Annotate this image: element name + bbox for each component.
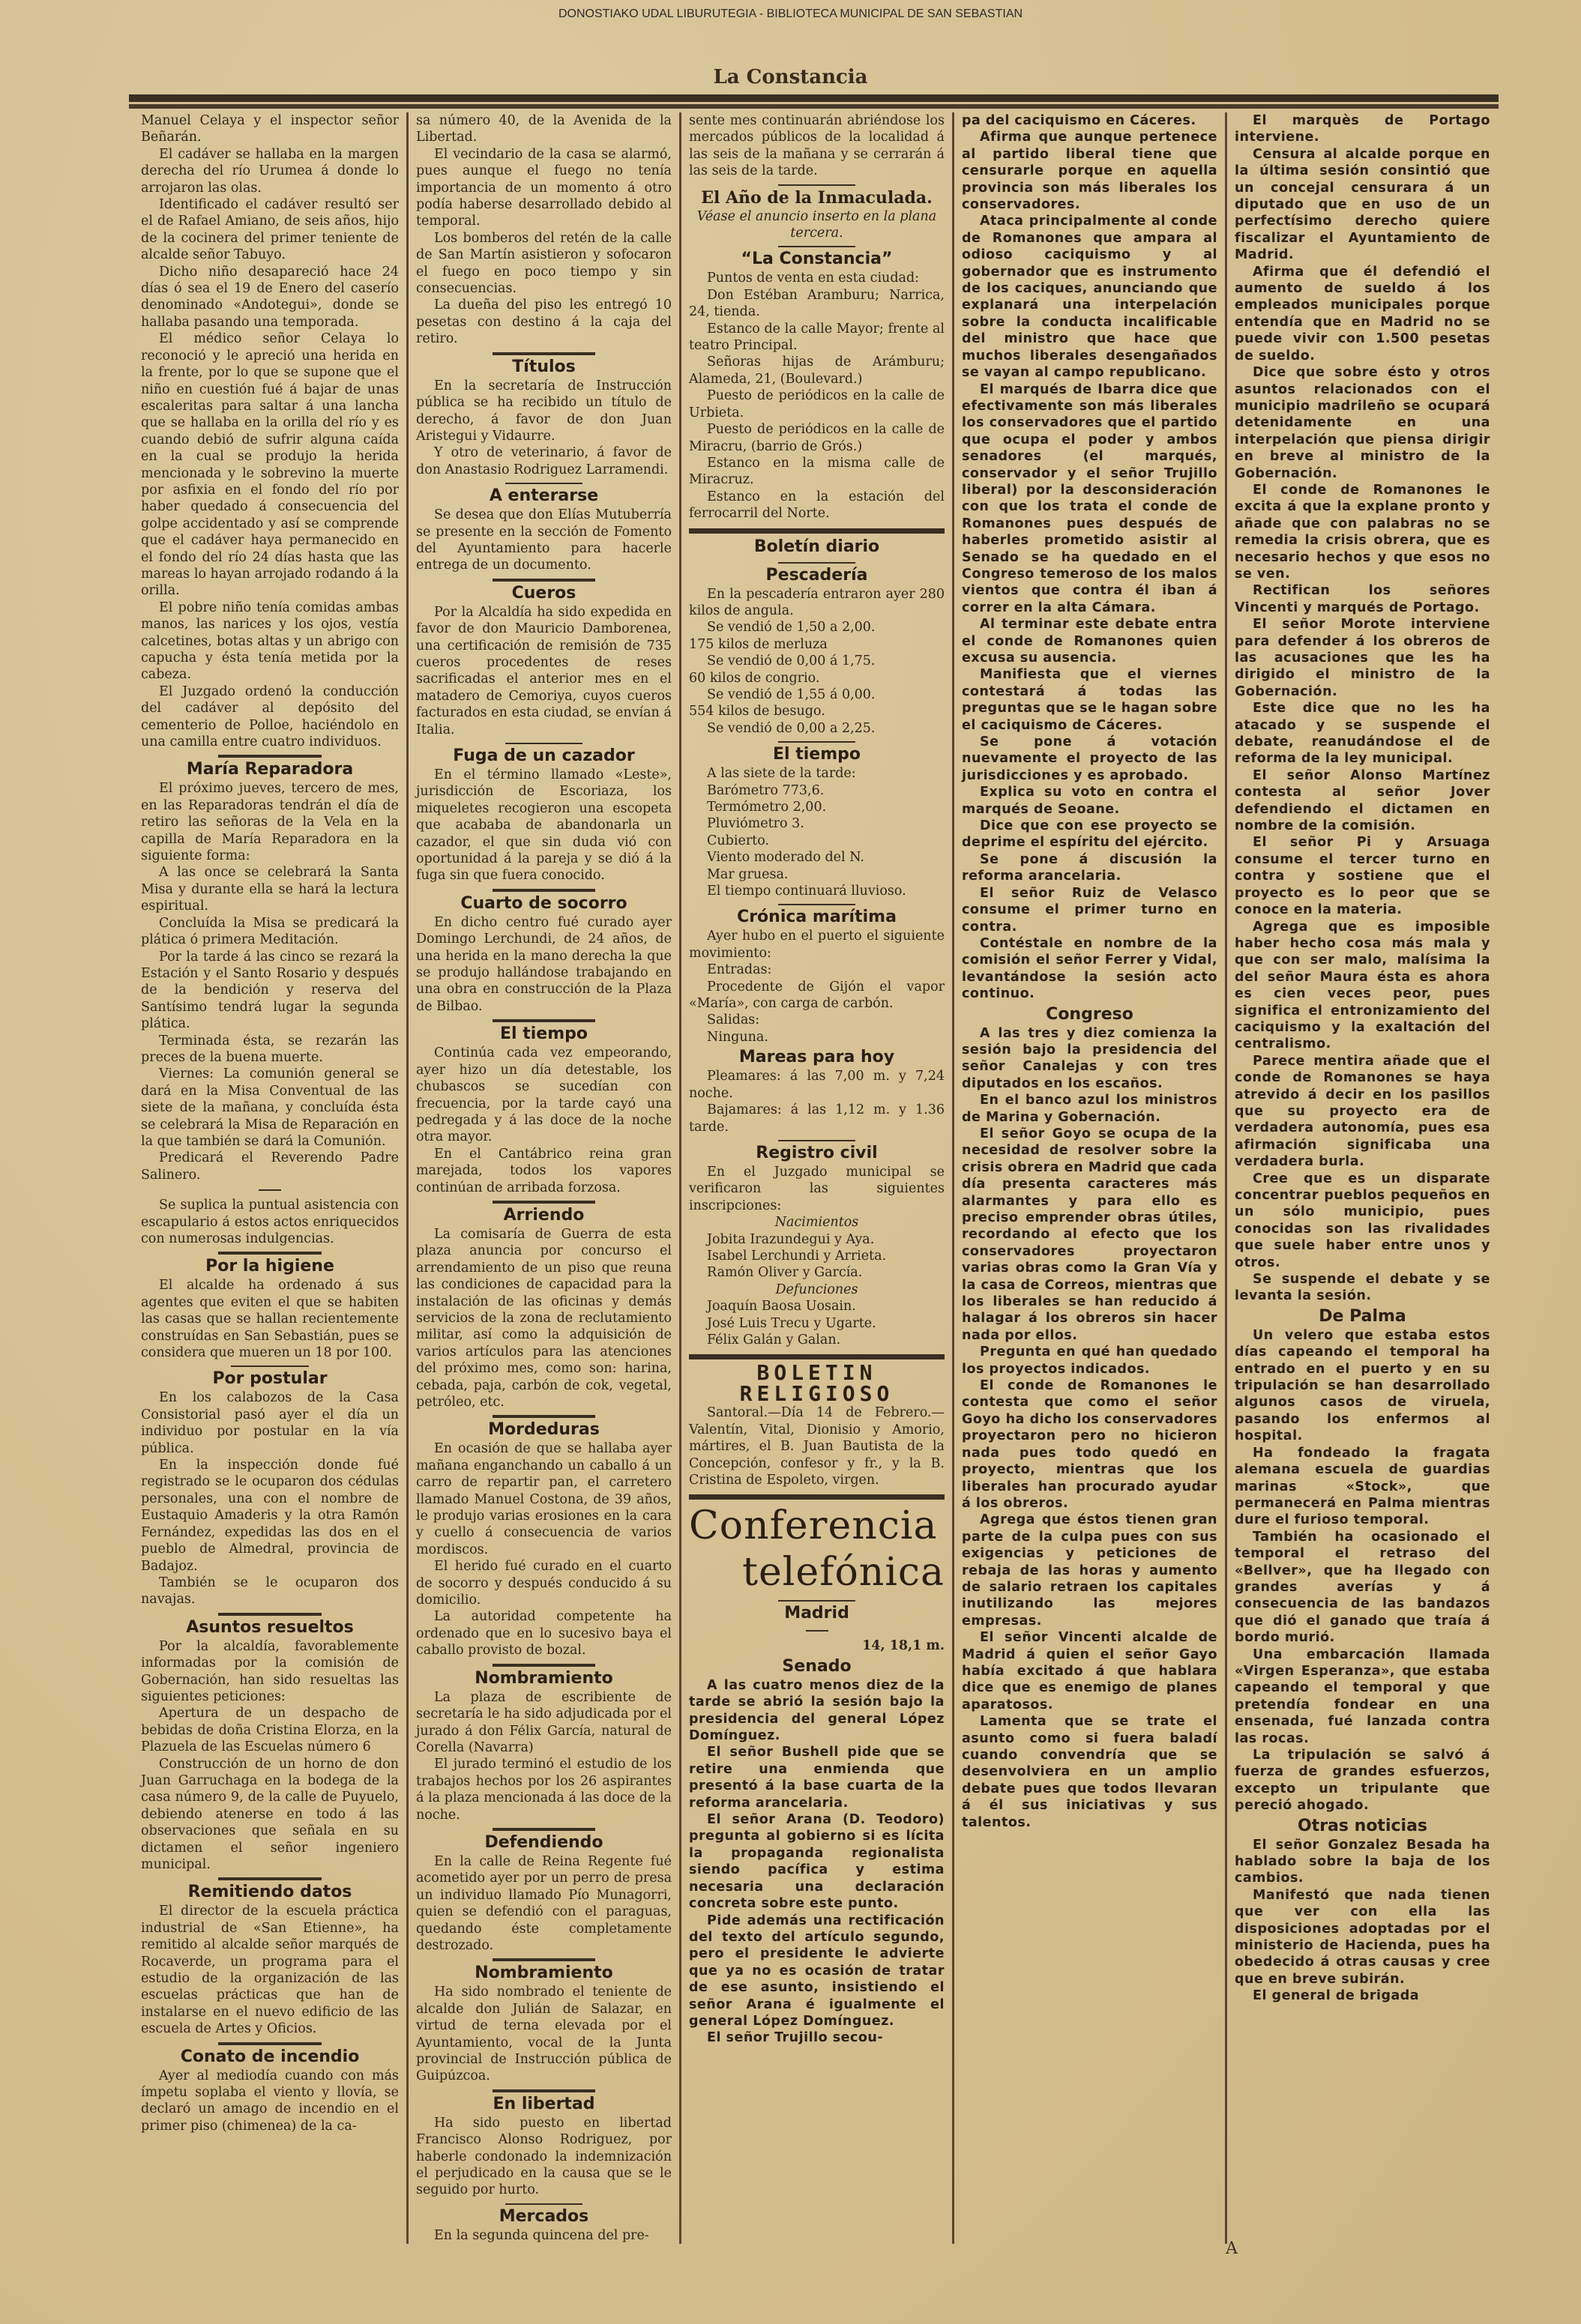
section-heading: Por postular bbox=[141, 1368, 399, 1389]
newspaper-columns: Manuel Celaya y el inspector señor Beñar… bbox=[133, 112, 1498, 2244]
paragraph: El señor Ruiz de Velasco consume el prim… bbox=[962, 885, 1217, 935]
paragraph: Rectifican los señores Vincenti y marqué… bbox=[1235, 582, 1490, 616]
section-divider bbox=[778, 562, 855, 564]
paragraph: El próximo jueves, tercero de mes, en la… bbox=[141, 780, 399, 864]
paragraph: Agrega que éstos tienen gran parte de la… bbox=[962, 1512, 1217, 1629]
death-entry: Félix Galán y Galan. bbox=[689, 1332, 945, 1348]
paragraph: Mar gruesa. bbox=[689, 866, 945, 883]
paragraph: Afirma que él defendió el aumento de sue… bbox=[1235, 264, 1490, 364]
paragraph: Bajamares: á las 1,12 m. y 1.36 tarde. bbox=[689, 1102, 945, 1135]
paragraph: Puesto de periódicos en la calle de Mira… bbox=[689, 421, 945, 455]
section-divider bbox=[505, 483, 582, 484]
paragraph: 175 kilos de merluza bbox=[689, 636, 945, 653]
paragraph: pa del caciquismo en Cáceres. bbox=[962, 112, 1217, 129]
paragraph: Al terminar este debate entra el conde d… bbox=[962, 616, 1217, 666]
paragraph: A las once se celebrará la Santa Misa y … bbox=[141, 864, 399, 914]
paragraph: El cadáver se hallaba en la margen derec… bbox=[141, 146, 399, 196]
paragraph: Se pone á votación nuevamente el proyect… bbox=[962, 734, 1217, 784]
paragraph: Construcción de un horno de don Juan Gar… bbox=[141, 1756, 399, 1874]
birth-entry: Jobita Irazundegui y Aya. bbox=[689, 1231, 945, 1248]
section-heading: Arriendo bbox=[416, 1205, 672, 1226]
paragraph: Manifestó que nada tienen que ver con el… bbox=[1235, 1887, 1490, 1988]
section-heading: Cuarto de socorro bbox=[416, 893, 672, 914]
section-divider bbox=[493, 889, 594, 892]
paragraph: Se desea que don Elías Mutuberría se pre… bbox=[416, 507, 672, 574]
paragraph: El conde de Romanones le excita á que la… bbox=[1235, 482, 1490, 582]
paragraph: Entradas: bbox=[689, 962, 945, 978]
subheading-deaths: Defunciones bbox=[689, 1282, 945, 1298]
paragraph: Viento moderado del N. bbox=[689, 849, 945, 866]
paragraph: El señor Trujillo secou- bbox=[689, 2029, 945, 2046]
paragraph: Continúa cada vez empeorando, ayer hizo … bbox=[416, 1045, 672, 1145]
paragraph: El Juzgado ordenó la conducción del cadá… bbox=[141, 683, 399, 751]
section-divider bbox=[493, 1019, 594, 1022]
paragraph: En la calle de Reina Regente fué acometi… bbox=[416, 1853, 672, 1954]
section-heading: Por la higiene bbox=[141, 1256, 399, 1277]
section-heading: Senado bbox=[689, 1656, 945, 1677]
paragraph: Manuel Celaya y el inspector señor Beñar… bbox=[141, 112, 399, 146]
paragraph: En la segunda quincena del pre- bbox=[416, 2227, 672, 2244]
section-divider bbox=[218, 1877, 322, 1880]
paragraph: 60 kilos de congrio. bbox=[689, 670, 945, 686]
paragraph: Se vendió de 0,00 a 2,25. bbox=[689, 720, 945, 737]
section-heading: El tiempo bbox=[416, 1024, 672, 1045]
section-heading: Defendiendo bbox=[416, 1832, 672, 1853]
paragraph: Un velero que estaba estos días capeando… bbox=[1235, 1327, 1490, 1445]
section-heading: Congreso bbox=[962, 1004, 1217, 1025]
section-heading: El Año de la Inmaculada. bbox=[689, 187, 945, 208]
section-heading: Nombramiento bbox=[416, 1963, 672, 1984]
section-heading: Cueros bbox=[416, 583, 672, 604]
paragraph: La dueña del piso les entregó 10 pesetas… bbox=[416, 297, 672, 347]
paragraph: Pide además una rectificación del texto … bbox=[689, 1913, 945, 2030]
section-heading: María Reparadora bbox=[141, 759, 399, 780]
section-divider bbox=[493, 1958, 594, 1961]
section-divider bbox=[493, 352, 594, 355]
paragraph: Pregunta en qué han quedado los proyecto… bbox=[962, 1344, 1217, 1377]
death-entry: José Luis Trecu y Ugarte. bbox=[689, 1315, 945, 1332]
notice-text: Véase el anuncio inserto en la plana ter… bbox=[689, 208, 945, 242]
paragraph: Don Estéban Aramburu; Narrica, 24, tiend… bbox=[689, 287, 945, 321]
paragraph: Ninguna. bbox=[689, 1029, 945, 1045]
paragraph: Estanco de la calle Mayor; frente al tea… bbox=[689, 321, 945, 354]
section-heading: Mercados bbox=[416, 2206, 672, 2227]
paragraph: Por la tarde á las cinco se rezará la Es… bbox=[141, 949, 399, 1033]
section-heading: A enterarse bbox=[416, 486, 672, 507]
paragraph: El señor Vincenti alcalde de Madrid á qu… bbox=[962, 1629, 1217, 1713]
paragraph: Los bomberos del retén de la calle de Sa… bbox=[416, 230, 672, 298]
dash-divider bbox=[806, 1630, 828, 1632]
section-divider bbox=[218, 1252, 322, 1255]
paragraph: El señor Morote interviene para defender… bbox=[1235, 616, 1490, 700]
paragraph: Estanco en la estación del ferrocarril d… bbox=[689, 489, 945, 522]
section-divider bbox=[778, 1600, 855, 1602]
section-divider bbox=[505, 743, 582, 744]
dispatch-time: 14, 18,1 m. bbox=[689, 1638, 945, 1654]
paragraph: La comisaría de Guerra de esta plaza anu… bbox=[416, 1226, 672, 1410]
section-heading: “La Constancia” bbox=[689, 249, 945, 270]
section-heading: Pescadería bbox=[689, 565, 945, 586]
paragraph: El vecindario de la casa se alarmó, pues… bbox=[416, 146, 672, 230]
paragraph: Una embarcación llamada «Virgen Esperanz… bbox=[1235, 1647, 1490, 1747]
paragraph: El marqués de Ibarra dice que efectivame… bbox=[962, 381, 1217, 617]
paragraph: El señor Gonzalez Besada ha hablado sobr… bbox=[1235, 1837, 1490, 1887]
paragraph: En la secretaría de Instrucción pública … bbox=[416, 378, 672, 445]
paragraph: Salidas: bbox=[689, 1012, 945, 1028]
column-3: sente mes continuarán abriéndose los mer… bbox=[679, 112, 952, 2244]
paragraph: En dicho centro fué curado ayer Domingo … bbox=[416, 914, 672, 1015]
paragraph: Concluída la Misa se predicará la plátic… bbox=[141, 915, 399, 949]
paragraph: El señor Bushell pide que se retire una … bbox=[689, 1744, 945, 1811]
paragraph: Identificado el cadáver resultó ser el d… bbox=[141, 196, 399, 264]
paragraph: Ayer hubo en el puerto el siguiente movi… bbox=[689, 928, 945, 962]
paragraph: Se vendió de 1,50 a 2,00. bbox=[689, 619, 945, 636]
paragraph: El jurado terminó el estudio de los trab… bbox=[416, 1756, 672, 1823]
paragraph: Se suplica la puntual asistencia con esc… bbox=[141, 1197, 399, 1247]
paragraph: En el término llamado «Leste», jurisdicc… bbox=[416, 767, 672, 884]
birth-entry: Ramón Oliver y García. bbox=[689, 1264, 945, 1281]
section-divider bbox=[778, 741, 855, 743]
section-divider bbox=[218, 1613, 322, 1616]
paragraph: Barómetro 773,6. bbox=[689, 782, 945, 799]
subheading-births: Nacimientos bbox=[689, 1214, 945, 1231]
section-divider bbox=[493, 579, 594, 582]
paragraph: Ha sido puesto en libertad Francisco Alo… bbox=[416, 2115, 672, 2199]
paragraph: El pobre niño tenía comidas ambas manos,… bbox=[141, 600, 399, 683]
paragraph: El médico señor Celaya lo reconoció y le… bbox=[141, 331, 399, 600]
paragraph: Se suspende el debate y se levanta la se… bbox=[1235, 1271, 1490, 1305]
paragraph: Termómetro 2,00. bbox=[689, 799, 945, 815]
masthead-rule bbox=[129, 94, 1499, 104]
paragraph: Lamenta que se trate el asunto como si f… bbox=[962, 1713, 1217, 1831]
paragraph: Este dice que no les ha atacado y se sus… bbox=[1235, 700, 1490, 767]
paragraph: Apertura de un despacho de bebidas de do… bbox=[141, 1705, 399, 1755]
paragraph: Por la Alcaldía ha sido expedida en favo… bbox=[416, 604, 672, 738]
section-heading: Fuga de un cazador bbox=[416, 746, 672, 767]
birth-entry: Isabel Lerchundi y Arrieta. bbox=[689, 1248, 945, 1264]
paragraph: El herido fué curado en el cuarto de soc… bbox=[416, 1558, 672, 1608]
section-divider bbox=[218, 2042, 322, 2045]
paragraph: En ocasión de que se hallaba ayer mañana… bbox=[416, 1440, 672, 1558]
section-heading: De Palma bbox=[1235, 1306, 1490, 1327]
paragraph: En el banco azul los ministros de Marina… bbox=[962, 1092, 1217, 1126]
section-heading: Otras noticias bbox=[1235, 1816, 1490, 1837]
paragraph: Y otro de veterinario, á favor de don An… bbox=[416, 444, 672, 478]
section-heading: Madrid bbox=[689, 1603, 945, 1624]
paragraph: Censura al alcalde porque en la última s… bbox=[1235, 146, 1490, 264]
column-4: pa del caciquismo en Cáceres. Afirma que… bbox=[952, 112, 1225, 2244]
paragraph: Parece mentira añade que el conde de Rom… bbox=[1235, 1053, 1490, 1171]
column-5: El marquès de Portago interviene. Censur… bbox=[1225, 112, 1498, 2244]
section-divider bbox=[689, 1354, 945, 1359]
paragraph: En el Cantábrico reina gran marejada, to… bbox=[416, 1146, 672, 1196]
section-heading: Remitiendo datos bbox=[141, 1882, 399, 1903]
section-heading: Registro civil bbox=[689, 1143, 945, 1164]
paragraph: El señor Pi y Arsuaga consume el tercer … bbox=[1235, 834, 1490, 918]
paragraph: También ha ocasionado el temporal el ret… bbox=[1235, 1529, 1490, 1647]
section-heading: Crónica marítima bbox=[689, 907, 945, 928]
paragraph: El tiempo continuará lluvioso. bbox=[689, 883, 945, 899]
paragraph: Puesto de periódicos en la calle de Urbi… bbox=[689, 387, 945, 421]
title-line-2: telefónica bbox=[689, 1549, 945, 1596]
column-2: sa número 40, de la Avenida de la Libert… bbox=[406, 112, 679, 2244]
paragraph: Dicho niño desapareció hace 24 días ó se… bbox=[141, 264, 399, 331]
paragraph: Se pone á discusión la reforma arancelar… bbox=[962, 851, 1217, 885]
paragraph: sente mes continuarán abriéndose los mer… bbox=[689, 112, 945, 180]
section-divider bbox=[505, 2203, 582, 2205]
section-divider bbox=[778, 1140, 855, 1141]
paragraph: Por la alcaldía, favorablemente informad… bbox=[141, 1638, 399, 1706]
section-divider bbox=[493, 1664, 594, 1667]
paragraph: Explica su voto en contra el marqués de … bbox=[962, 784, 1217, 818]
section-divider bbox=[778, 904, 855, 905]
title-line-1: Conferencia bbox=[689, 1503, 945, 1549]
section-heading: Títulos bbox=[416, 357, 672, 378]
section-divider bbox=[778, 184, 855, 186]
section-heading: Conato de incendio bbox=[141, 2047, 399, 2068]
paragraph: Afirma que aunque pertenece al partido l… bbox=[962, 129, 1217, 213]
paragraph: A las tres y diez comienza la sesión baj… bbox=[962, 1025, 1217, 1093]
section-divider bbox=[218, 755, 322, 758]
paragraph: El conde de Romanones le contesta que co… bbox=[962, 1377, 1217, 1512]
paragraph: Agrega que es imposible haber hecho cosa… bbox=[1235, 919, 1490, 1053]
section-divider bbox=[493, 1828, 594, 1831]
section-heading: BOLETIN RELIGIOSO bbox=[689, 1362, 945, 1404]
paragraph: La tripulación se salvó á fuerza de gran… bbox=[1235, 1747, 1490, 1814]
section-divider bbox=[493, 1415, 594, 1418]
section-heading: Mareas para hoy bbox=[689, 1047, 945, 1068]
paragraph: El señor Arana (D. Teodoro) pregunta al … bbox=[689, 1811, 945, 1912]
paragraph: El señor Goyo se ocupa de la necesidad d… bbox=[962, 1126, 1217, 1344]
paragraph: El señor Alonso Martínez contesta al señ… bbox=[1235, 767, 1490, 835]
section-heading: En libertad bbox=[416, 2094, 672, 2115]
paragraph: La plaza de escribiente de secretaría le… bbox=[416, 1689, 672, 1757]
section-divider bbox=[689, 528, 945, 534]
section-divider bbox=[493, 2089, 594, 2092]
paragraph: Manifiesta que el viernes contestará á t… bbox=[962, 666, 1217, 734]
paragraph: 554 kilos de besugo. bbox=[689, 703, 945, 719]
paragraph: El director de la escuela práctica indus… bbox=[141, 1903, 399, 2037]
paragraph: En los calabozos de la Casa Consistorial… bbox=[141, 1389, 399, 1457]
paragraph: sa número 40, de la Avenida de la Libert… bbox=[416, 112, 672, 146]
paragraph: También se le ocuparon dos navajas. bbox=[141, 1575, 399, 1608]
paragraph: En el Juzgado municipal se verificaron l… bbox=[689, 1164, 945, 1214]
paragraph: Pluviómetro 3. bbox=[689, 815, 945, 832]
paragraph: La autoridad competente ha ordenado que … bbox=[416, 1608, 672, 1659]
paragraph: Ayer al mediodía cuando con más ímpetu s… bbox=[141, 2068, 399, 2135]
section-divider bbox=[493, 1201, 594, 1204]
paragraph: Se vendió de 0,00 á 1,75. bbox=[689, 653, 945, 669]
paragraph: El alcalde ha ordenado á sus agentes que… bbox=[141, 1277, 399, 1361]
section-heading: El tiempo bbox=[689, 744, 945, 765]
paragraph: Ha fondeado la fragata alemana escuela d… bbox=[1235, 1445, 1490, 1529]
newspaper-masthead: La Constancia bbox=[0, 66, 1581, 88]
paragraph: En la pescadería entraron ayer 280 kilos… bbox=[689, 586, 945, 620]
paragraph: Se vendió de 1,55 á 0,00. bbox=[689, 686, 945, 703]
paragraph: Procedente de Gijón el vapor «María», co… bbox=[689, 979, 945, 1012]
paragraph: El marquès de Portago interviene. bbox=[1235, 112, 1490, 146]
paragraph: Ha sido nombrado el teniente de alcalde … bbox=[416, 1984, 672, 2084]
column-1: Manuel Celaya y el inspector señor Beñar… bbox=[133, 112, 406, 2244]
paragraph: Predicará el Reverendo Padre Salinero. bbox=[141, 1150, 399, 1183]
library-watermark: DONOSTIAKO UDAL LIBURUTEGIA - BIBLIOTECA… bbox=[0, 7, 1581, 21]
section-divider bbox=[689, 1494, 945, 1500]
paragraph: Estanco en la misma calle de Miracruz. bbox=[689, 455, 945, 489]
paragraph: Ataca principalmente al conde de Romanon… bbox=[962, 213, 1217, 381]
section-heading: Asuntos resueltos bbox=[141, 1617, 399, 1638]
section-heading: Boletín diario bbox=[689, 537, 945, 558]
paragraph: Cree que es un disparate concentrar pueb… bbox=[1235, 1171, 1490, 1271]
section-divider bbox=[231, 1365, 308, 1367]
paragraph: Viernes: La comunión general se dará en … bbox=[141, 1066, 399, 1150]
section-heading: Nombramiento bbox=[416, 1668, 672, 1689]
paragraph: Puntos de venta en esta ciudad: bbox=[689, 270, 945, 286]
paragraph: En la inspección donde fué registrado se… bbox=[141, 1457, 399, 1575]
paragraph: Señoras hijas de Arámburu; Alameda, 21, … bbox=[689, 354, 945, 387]
death-entry: Joaquín Baosa Uosain. bbox=[689, 1298, 945, 1315]
paragraph: Terminada ésta, se rezarán las preces de… bbox=[141, 1033, 399, 1066]
section-divider bbox=[778, 246, 855, 247]
paragraph: A las siete de la tarde: bbox=[689, 765, 945, 782]
paragraph: Cubierto. bbox=[689, 833, 945, 849]
page-mark: A bbox=[1226, 2239, 1238, 2258]
section-heading: Mordeduras bbox=[416, 1419, 672, 1440]
paragraph: Dice que con ese proyecto se deprime el … bbox=[962, 818, 1217, 851]
paragraph: Santoral.—Día 14 de Febrero.—Valentín, V… bbox=[689, 1404, 945, 1488]
paragraph: Contéstale en nombre de la comisión el s… bbox=[962, 935, 1217, 1003]
dash-divider bbox=[259, 1189, 281, 1191]
paragraph: El general de brigada bbox=[1235, 1988, 1490, 2004]
paragraph: A las cuatro menos diez de la tarde se a… bbox=[689, 1677, 945, 1745]
paragraph: Dice que sobre ésto y otros asuntos rela… bbox=[1235, 364, 1490, 482]
paragraph: Pleamares: á las 7,00 m. y 7,24 noche. bbox=[689, 1068, 945, 1102]
